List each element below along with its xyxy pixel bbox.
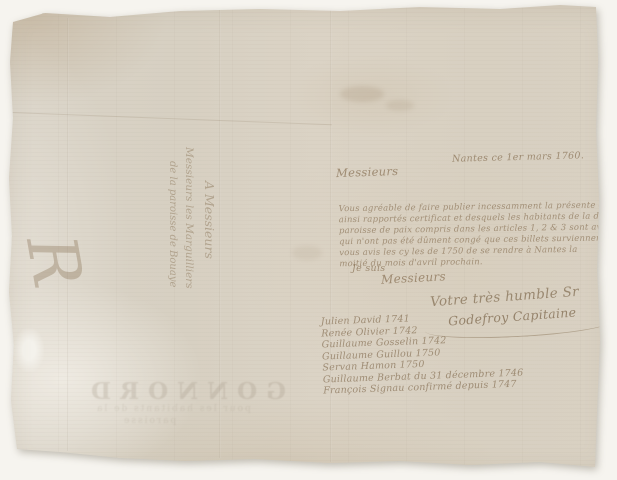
ink-smudge — [292, 246, 322, 260]
fold-crease-horizontal — [12, 112, 332, 125]
postal-mark: R — [10, 229, 97, 293]
dateline: Nantes ce 1er mars 1760. — [452, 150, 584, 164]
address-line: Messieurs les Marguilliers — [183, 147, 202, 323]
address-line: de la paroisse de Bouaye — [167, 147, 183, 323]
letter-sheet: 5 M A Messieurs Messieurs les Marguillie… — [0, 0, 617, 480]
address-line: A Messieurs — [202, 147, 217, 323]
letter-body: Vous agréable de faire publier incessamm… — [339, 200, 617, 270]
paper-tear — [14, 328, 44, 372]
closing-salutation: Messieurs — [381, 269, 447, 286]
paper-surface: 5 M A Messieurs Messieurs les Marguillie… — [0, 0, 617, 480]
verso-showthrough-small: paroisse — [122, 416, 176, 426]
ink-smudge — [386, 100, 414, 111]
greeting: Messieurs — [336, 164, 399, 180]
scan-background: 5 M A Messieurs Messieurs les Marguillie… — [0, 0, 617, 480]
verso-showthrough-small: pour les habitants de la — [95, 404, 251, 414]
address-panel: A Messieurs Messieurs les Marguilliers d… — [127, 147, 217, 323]
corner-mark: 5 M — [30, 8, 45, 16]
verso-showthrough-large: GONNORD — [82, 378, 286, 405]
ink-smudge — [340, 86, 384, 102]
name-roster: Julien David 1741 Renée Olivier 1742 Gui… — [321, 310, 524, 397]
